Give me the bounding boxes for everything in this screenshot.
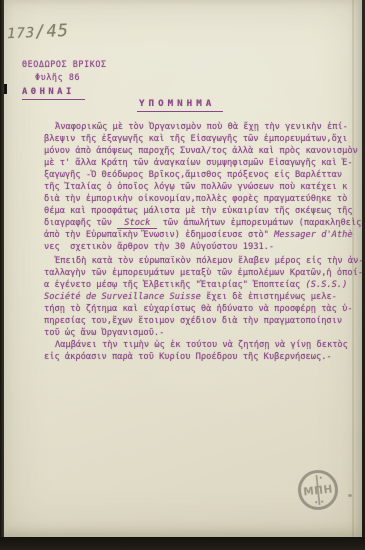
line-text: διαγραφῆς τῶν xyxy=(44,218,117,228)
body-line: ξαγωγῆς -Ὁ Θεόδωρος Βρῖκος,ἄμισθος πρόξε… xyxy=(44,169,360,181)
memo-paragraph-2: Ἐπειδὴ κατὰ τὸν εὐρωπαϊκὸν πόλεμον ἔλαβε… xyxy=(44,255,360,339)
stamp-circle-icon: ΜΠΗ xyxy=(295,467,341,513)
body-line: Ἀναφορικῶς μὲ τὸν Ὀργανισμὸν ποὺ θὰ ἔχῃ … xyxy=(44,121,360,133)
memo-title: ΥΠΟΜΝΗΜΑ xyxy=(137,98,223,112)
letterhead-name: ΘΕΟΔΩΡΟΣ ΒΡΙΚΟΣ xyxy=(22,58,107,70)
body-line: νες σχετικὸν ἄρθρον τὴν 30 Αὐγούστου 193… xyxy=(44,241,360,253)
body-line: μὲ τ' ἄλλα Κράτη τῶν ἀναγκαίων συμψηφισμ… xyxy=(44,157,360,169)
letterhead-address: Φυλῆς 86 xyxy=(22,71,107,83)
body-line: ταλλαγὴν τῶν ἐμπορευμάτων μεταξὺ τῶν ἐμπ… xyxy=(44,267,360,279)
archive-number: 173/45 xyxy=(7,21,70,43)
scan-edge-left xyxy=(0,0,4,538)
line-text: ἀπὸ τὴν Εὐρωπαϊκὴν Ἕνωσιν) ἐδημοσίευσε σ… xyxy=(44,230,274,240)
letterhead-city: ΑΘΗΝΑΙ xyxy=(22,85,85,100)
body-line: τήσῃ τὸ ζήτημα καὶ εὐχαρίστως θὰ ἠδύνατο… xyxy=(44,303,360,315)
societe-italic-text: Société de Surveillance Suisse xyxy=(44,292,201,302)
line-text: ἔχει δὲ ἐπιστημένως μελε- xyxy=(201,292,337,302)
body-line: θέμα καὶ προσφάτως μάλιστα μὲ τὴν εὐκαιρ… xyxy=(44,205,360,217)
body-line: τῆς Ἰταλίας ὁ ὁποῖος λόγῳ τῶν πολλῶν γνώ… xyxy=(44,181,360,193)
body-line: πηρεσίας του,ἔχων ἕτοιμον σχέδιον διὰ τὴ… xyxy=(44,315,360,327)
paper-sheet: 173/45 ΘΕΟΔΩΡΟΣ ΒΡΙΚΟΣ Φυλῆς 86 ΑΘΗΝΑΙ Υ… xyxy=(4,0,362,537)
memo-paragraph-1: Ἀναφορικῶς μὲ τὸν Ὀργανισμὸν ποὺ θὰ ἔχῃ … xyxy=(44,121,360,254)
line-text: α ἐγένετο μέσῳ τῆς Ἑλβετικῆς "Ἑταιρίας" … xyxy=(44,280,306,290)
sss-italic-text: (S.S.S.) xyxy=(306,280,348,290)
letterhead: ΘΕΟΔΩΡΟΣ ΒΡΙΚΟΣ Φυλῆς 86 ΑΘΗΝΑΙ xyxy=(22,58,107,100)
archive-number-suffix: /45 xyxy=(35,21,69,42)
body-line: τοῦ ὡς ἄνω Ὀργανισμοῦ.- xyxy=(44,327,360,339)
line-text: τῶν ἀπωλήτων ἐμπορευμάτων (παρακληθεὶς xyxy=(157,218,361,228)
archive-number-main: 173 xyxy=(7,25,36,42)
body-line-sss: α ἐγένετο μέσῳ τῆς Ἑλβετικῆς "Ἑταιρίας" … xyxy=(44,279,360,291)
body-line-societe: Société de Surveillance Suisse ἔχει δὲ ἐ… xyxy=(44,291,360,303)
paper-speck xyxy=(348,494,352,497)
body-line-messager: ἀπὸ τὴν Εὐρωπαϊκὴν Ἕνωσιν) ἐδημοσίευσε σ… xyxy=(44,229,360,241)
memo-paragraph-3: Λαμβάνει τὴν τιμὴν ὡς ἐκ τούτου νὰ ζητήσ… xyxy=(44,339,360,363)
body-line: Λαμβάνει τὴν τιμὴν ὡς ἐκ τούτου νὰ ζητήσ… xyxy=(44,339,360,351)
body-line-stock: διαγραφῆς τῶν Stock τῶν ἀπωλήτων ἐμπορευ… xyxy=(44,217,360,229)
archive-stamp: ΜΠΗ xyxy=(295,467,341,513)
body-line: Ἐπειδὴ κατὰ τὸν εὐρωπαϊκὸν πόλεμον ἔλαβε… xyxy=(44,255,360,267)
scan-edge-mark xyxy=(4,84,7,94)
body-line: διὰ τὴν ἐμπορικὴν οἰκονομίαν,πολλὲς φορὲ… xyxy=(44,193,360,205)
body-line: εἰς ἀκρόασιν παρὰ τοῦ Κυρίου Προέδρου τῆ… xyxy=(44,351,360,363)
body-line: μόνον ἀπὸ ἀπόψεως παροχῆς Συναλ/τος ἀλλὰ… xyxy=(44,145,360,157)
messager-italic-text: Messager d'Athè xyxy=(274,230,352,240)
stamp-label: ΜΠΗ xyxy=(303,483,334,498)
scanned-document-page: 173/45 ΘΕΟΔΩΡΟΣ ΒΡΙΚΟΣ Φυλῆς 86 ΑΘΗΝΑΙ Υ… xyxy=(0,0,365,550)
body-line: βλεψιν τῆς ἐξαγωγῆς καὶ τῆς Εἰσαγωγῆς τῶ… xyxy=(44,133,360,145)
stock-underlined-word: Stock xyxy=(117,218,157,229)
scan-edge-bottom xyxy=(0,537,365,550)
